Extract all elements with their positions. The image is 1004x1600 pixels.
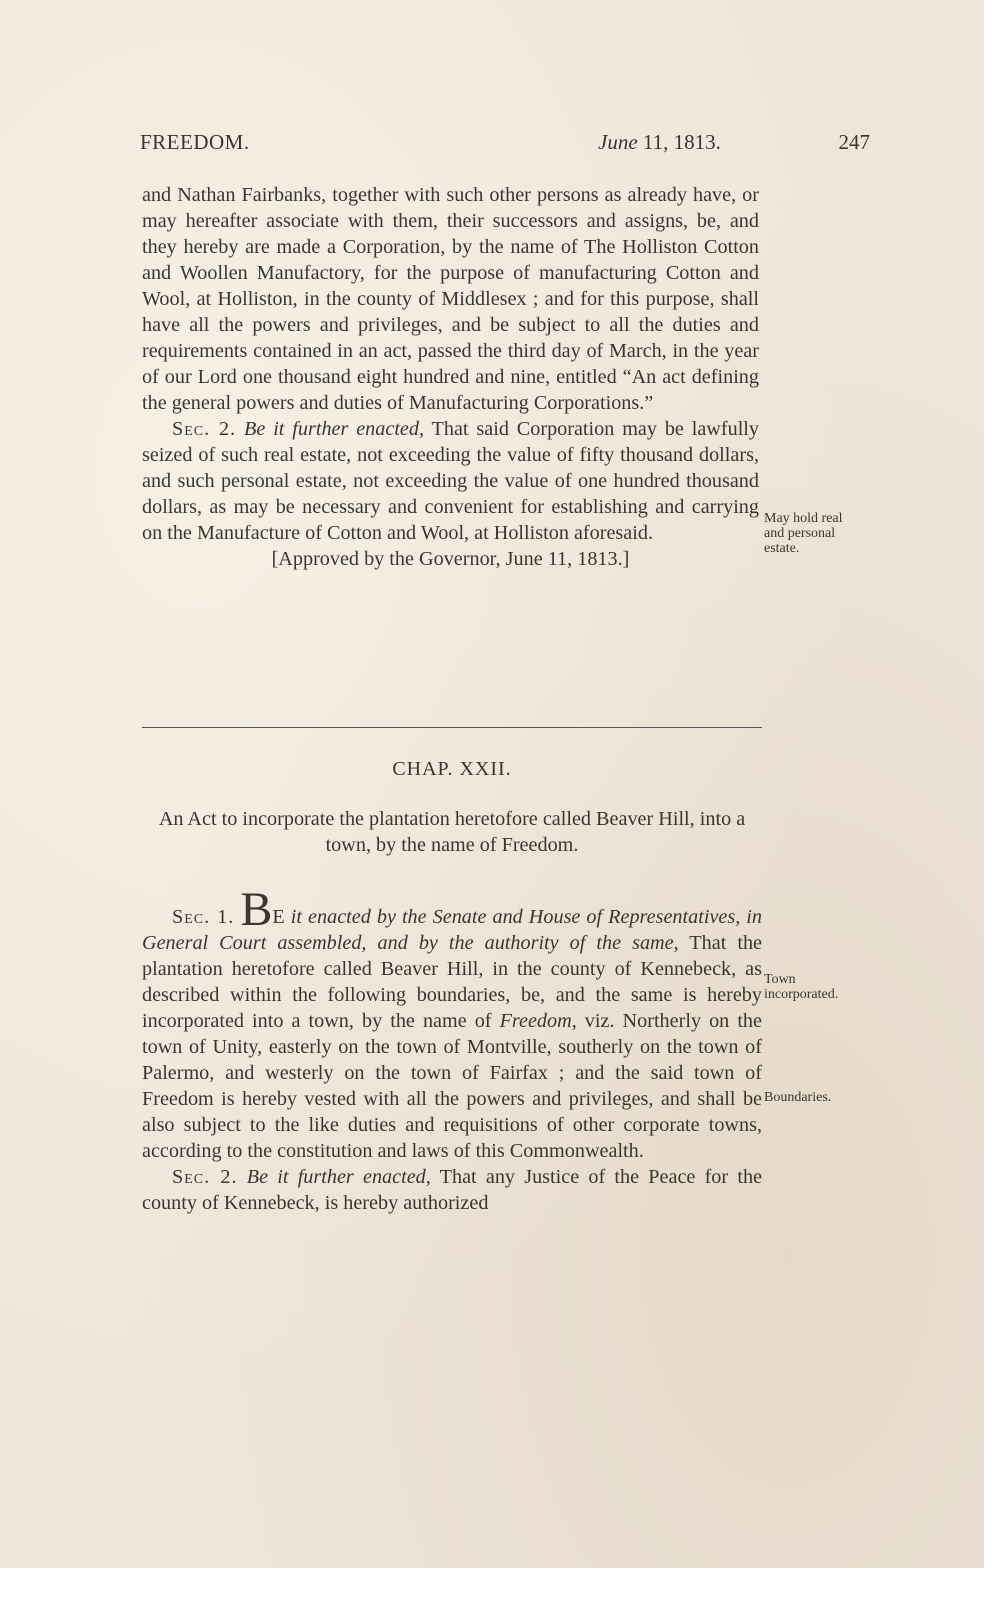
act-title: An Act to incorporate the plantation her…	[142, 806, 762, 858]
chapter-body: Sec. 1. BE it enacted by the Senate and …	[142, 900, 762, 1216]
page-header: FREEDOM. June 11, 1813. 247	[140, 130, 870, 158]
section-a-body: and Nathan Fairbanks, together with such…	[142, 182, 759, 572]
approval-note: [Approved by the Governor, June 11, 1813…	[142, 546, 759, 572]
document-page: FREEDOM. June 11, 1813. 247 and Nathan F…	[0, 0, 984, 1568]
sec1-paragraph: Sec. 1. BE it enacted by the Senate and …	[142, 900, 762, 1164]
continuation-paragraph: and Nathan Fairbanks, together with such…	[142, 182, 759, 416]
header-date: June 11, 1813.	[598, 130, 721, 155]
running-title: FREEDOM.	[140, 130, 250, 155]
chapter-divider	[142, 727, 762, 728]
drop-cap: B	[240, 883, 272, 936]
sec2-paragraph: Sec. 2. Be it further enacted, That said…	[142, 416, 759, 546]
page-number: 247	[839, 130, 871, 155]
margin-note-estate: May hold real and personal estate.	[764, 511, 864, 556]
sec2-paragraph: Sec. 2. Be it further enacted, That any …	[142, 1164, 762, 1216]
margin-note-town: Town incorporated.	[764, 972, 864, 1002]
chapter-heading: CHAP. XXII.	[142, 758, 762, 781]
margin-note-boundaries: Boundaries.	[764, 1090, 864, 1105]
